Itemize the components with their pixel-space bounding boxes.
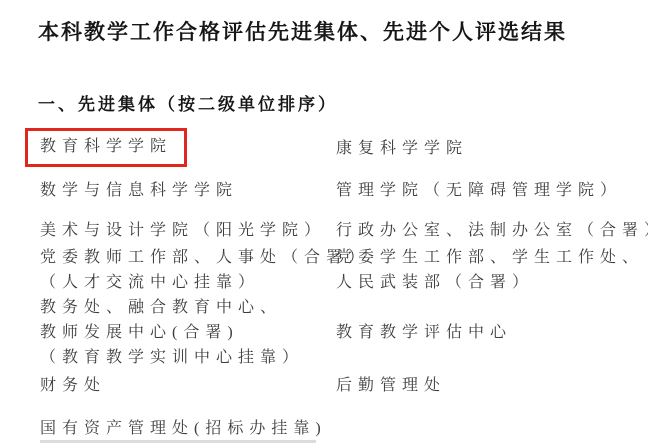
list-item: 国有资产管理处(招标办挂靠) xyxy=(40,416,336,441)
list-cell-left: 教务处、融合教育中心、 教师发展中心(合署) （教育教学实训中心挂靠） xyxy=(40,295,336,370)
list-cell-right: 后勤管理处 xyxy=(336,373,648,398)
list-item: 教育科学学院 xyxy=(40,138,172,155)
list-cell-left: 党委教师工作部、人事处（合署） （人才交流中心挂靠） xyxy=(40,245,336,295)
list-cell-left: 财务处 xyxy=(40,373,336,398)
red-highlight-box: 教育科学学院 xyxy=(25,128,187,167)
list-item: 党委学生工作部、学生工作处、 xyxy=(336,245,648,270)
document-page: 本科教学工作合格评估先进集体、先进个人评选结果 一、先进集体（按二级单位排序） … xyxy=(0,0,648,443)
list-item: （人才交流中心挂靠） xyxy=(40,270,336,295)
list-cell-left: 教育科学学院 xyxy=(40,136,336,161)
list-item: 行政办公室、法制办公室（合署） xyxy=(336,218,648,243)
list-item: 后勤管理处 xyxy=(336,373,648,398)
list-item: 教师发展中心(合署) xyxy=(40,320,336,345)
list-row: 美术与设计学院（阳光学院） 行政办公室、法制办公室（合署） xyxy=(40,218,648,243)
list-item: 财务处 xyxy=(40,373,336,398)
list-row: 数学与信息科学学院 管理学院（无障碍管理学院） xyxy=(40,178,648,203)
list-cell-left: 数学与信息科学学院 xyxy=(40,178,336,203)
list-row: 教务处、融合教育中心、 教师发展中心(合署) （教育教学实训中心挂靠） 教育教学… xyxy=(40,295,648,370)
list-cell-right: 教育教学评估中心 xyxy=(336,295,648,370)
list-row: 党委教师工作部、人事处（合署） （人才交流中心挂靠） 党委学生工作部、学生工作处… xyxy=(40,245,648,295)
list-item: 教育教学评估中心 xyxy=(336,320,648,345)
list-item: 党委教师工作部、人事处（合署） xyxy=(40,245,336,270)
list-row: 教育科学学院 康复科学学院 xyxy=(40,136,648,161)
list-item: 数学与信息科学学院 xyxy=(40,178,336,203)
list-cell-left: 国有资产管理处(招标办挂靠) xyxy=(40,416,336,441)
list-item: 管理学院（无障碍管理学院） xyxy=(336,178,648,203)
list-item: 美术与设计学院（阳光学院） xyxy=(40,218,336,243)
list-row: 财务处 后勤管理处 xyxy=(40,373,648,398)
list-item: 康复科学学院 xyxy=(336,136,648,161)
list-cell-right: 行政办公室、法制办公室（合署） xyxy=(336,218,648,243)
section-heading: 一、先进集体（按二级单位排序） xyxy=(0,92,648,117)
list-row: 国有资产管理处(招标办挂靠) xyxy=(40,416,648,441)
list-cell-left: 美术与设计学院（阳光学院） xyxy=(40,218,336,243)
list-cell-right xyxy=(336,416,648,441)
advanced-collectives-list: 教育科学学院 康复科学学院 数学与信息科学学院 管理学院（无障碍管理学院） 美术… xyxy=(0,136,648,441)
list-item: （教育教学实训中心挂靠） xyxy=(40,345,336,370)
list-cell-right: 党委学生工作部、学生工作处、 人民武装部（合署） xyxy=(336,245,648,295)
list-item: 教务处、融合教育中心、 xyxy=(40,295,336,320)
list-item: 人民武装部（合署） xyxy=(336,270,648,295)
list-cell-right: 康复科学学院 xyxy=(336,136,648,161)
page-title: 本科教学工作合格评估先进集体、先进个人评选结果 xyxy=(0,0,648,48)
list-cell-right: 管理学院（无障碍管理学院） xyxy=(336,178,648,203)
